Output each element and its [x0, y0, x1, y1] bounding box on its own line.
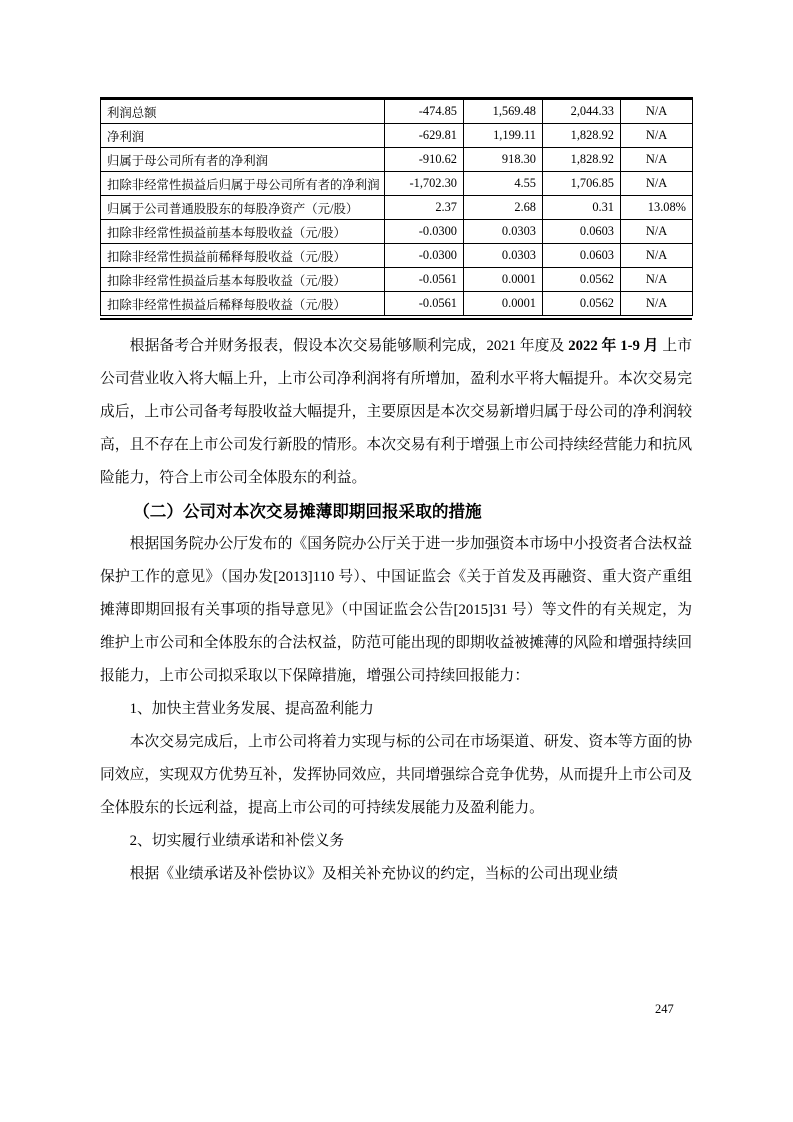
table-bottom-rule [100, 318, 692, 320]
row-value: -0.0561 [385, 268, 464, 292]
pro-forma-table-body: 利润总额 -474.85 1,569.48 2,044.33 N/A 净利润 -… [101, 99, 693, 316]
row-value: 2.68 [464, 196, 543, 220]
row-value: N/A [621, 99, 693, 124]
row-value: -0.0300 [385, 244, 464, 268]
row-value: 0.0303 [464, 220, 543, 244]
row-value: 1,199.11 [464, 124, 543, 148]
bold-period-segment: 2022 年 1-9 月 [568, 338, 658, 354]
row-value: N/A [621, 220, 693, 244]
row-value: 0.0603 [543, 220, 621, 244]
row-value: 0.0603 [543, 244, 621, 268]
paragraph-regulations: 根据国务院办公厅发布的《国务院办公厅关于进一步加强资本市场中小投资者合法权益保护… [100, 528, 692, 693]
row-value: 2.37 [385, 196, 464, 220]
row-label: 扣除非经常性损益前基本每股收益（元/股） [101, 220, 385, 244]
paragraph-synergy: 本次交易完成后，上市公司将着力实现与标的公司在市场渠道、研发、资本等方面的协同效… [100, 726, 692, 825]
row-value: -629.81 [385, 124, 464, 148]
table-row: 归属于母公司所有者的净利润 -910.62 918.30 1,828.92 N/… [101, 148, 693, 172]
body-text: 根据备考合并财务报表，假设本次交易能够顺利完成，2021 年度及 2022 年 … [100, 330, 692, 891]
page-number: 247 [655, 1001, 674, 1017]
row-label: 扣除非经常性损益前稀释每股收益（元/股） [101, 244, 385, 268]
row-value: N/A [621, 268, 693, 292]
list-item-1: 1、加快主营业务发展、提高盈利能力 [100, 693, 692, 726]
row-label: 扣除非经常性损益后归属于母公司所有者的净利润 [101, 172, 385, 196]
row-value: -0.0561 [385, 292, 464, 316]
row-label: 扣除非经常性损益后基本每股收益（元/股） [101, 268, 385, 292]
table-row: 扣除非经常性损益后归属于母公司所有者的净利润 -1,702.30 4.55 1,… [101, 172, 693, 196]
paragraph-segment: 根据备考合并财务报表，假设本次交易能够顺利完成，2021 年度及 [130, 338, 569, 354]
row-value: 4.55 [464, 172, 543, 196]
row-value: N/A [621, 172, 693, 196]
row-value: 0.0562 [543, 292, 621, 316]
table-row: 归属于公司普通股股东的每股净资产（元/股） 2.37 2.68 0.31 13.… [101, 196, 693, 220]
row-value: -1,702.30 [385, 172, 464, 196]
table-row: 利润总额 -474.85 1,569.48 2,044.33 N/A [101, 99, 693, 124]
row-value: 1,828.92 [543, 148, 621, 172]
row-value: -0.0300 [385, 220, 464, 244]
list-item-2: 2、切实履行业绩承诺和补偿义务 [100, 825, 692, 858]
row-value: 1,706.85 [543, 172, 621, 196]
paragraph-proforma-analysis: 根据备考合并财务报表，假设本次交易能够顺利完成，2021 年度及 2022 年 … [100, 330, 692, 495]
paragraph-segment: 上市公司营业收入将大幅上升，上市公司净利润将有所增加，盈利水平将大幅提升。本次交… [100, 338, 692, 486]
row-label: 归属于公司普通股股东的每股净资产（元/股） [101, 196, 385, 220]
row-label: 净利润 [101, 124, 385, 148]
row-label: 利润总额 [101, 99, 385, 124]
row-value: 0.0303 [464, 244, 543, 268]
section-heading: （二）公司对本次交易摊薄即期回报采取的措施 [100, 495, 692, 528]
table-row: 净利润 -629.81 1,199.11 1,828.92 N/A [101, 124, 693, 148]
row-value: -474.85 [385, 99, 464, 124]
row-value: 1,828.92 [543, 124, 621, 148]
table-row: 扣除非经常性损益前基本每股收益（元/股） -0.0300 0.0303 0.06… [101, 220, 693, 244]
row-value: N/A [621, 244, 693, 268]
document-page: 利润总额 -474.85 1,569.48 2,044.33 N/A 净利润 -… [0, 0, 793, 1122]
row-value: -910.62 [385, 148, 464, 172]
row-value: N/A [621, 292, 693, 316]
row-value: 0.0562 [543, 268, 621, 292]
row-value: 13.08% [621, 196, 693, 220]
row-value: N/A [621, 124, 693, 148]
table-row: 扣除非经常性损益后稀释每股收益（元/股） -0.0561 0.0001 0.05… [101, 292, 693, 316]
paragraph-performance-commitment: 根据《业绩承诺及补偿协议》及相关补充协议的约定，当标的公司出现业绩 [100, 858, 692, 891]
row-value: 1,569.48 [464, 99, 543, 124]
row-value: 0.0001 [464, 292, 543, 316]
row-label: 扣除非经常性损益后稀释每股收益（元/股） [101, 292, 385, 316]
pro-forma-financials-table: 利润总额 -474.85 1,569.48 2,044.33 N/A 净利润 -… [100, 97, 693, 316]
table-row: 扣除非经常性损益前稀释每股收益（元/股） -0.0300 0.0303 0.06… [101, 244, 693, 268]
row-value: N/A [621, 148, 693, 172]
row-value: 918.30 [464, 148, 543, 172]
table-row: 扣除非经常性损益后基本每股收益（元/股） -0.0561 0.0001 0.05… [101, 268, 693, 292]
page-content: 利润总额 -474.85 1,569.48 2,044.33 N/A 净利润 -… [100, 97, 692, 891]
row-value: 2,044.33 [543, 99, 621, 124]
row-value: 0.31 [543, 196, 621, 220]
row-label: 归属于母公司所有者的净利润 [101, 148, 385, 172]
row-value: 0.0001 [464, 268, 543, 292]
